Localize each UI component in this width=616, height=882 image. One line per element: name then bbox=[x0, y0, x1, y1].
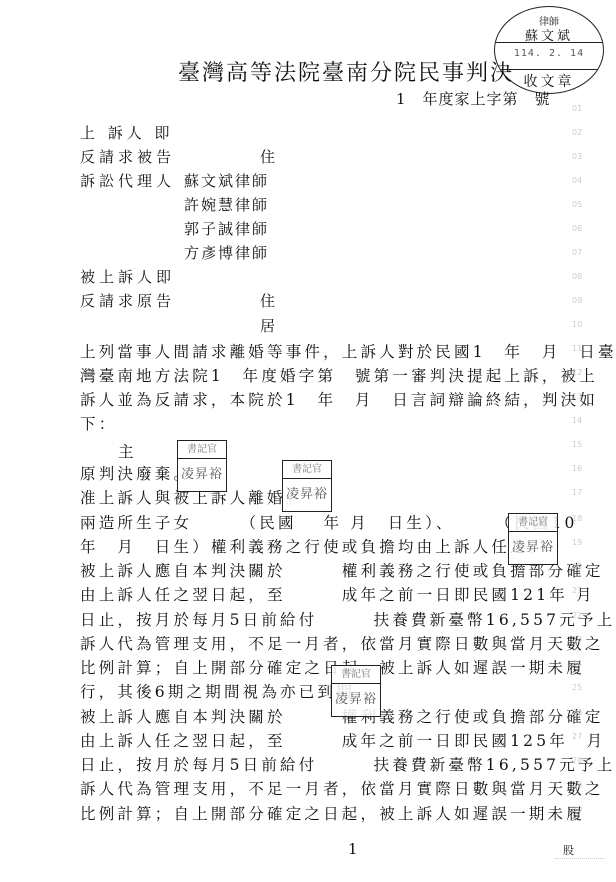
party-label: 被上訴人即 bbox=[80, 266, 175, 287]
intro-line: 下： bbox=[80, 412, 117, 434]
margin-number: 16 bbox=[572, 464, 582, 473]
clerk-seal: 書記官 凌昇裕 bbox=[177, 440, 227, 492]
seal-title: 書記官 bbox=[178, 441, 226, 459]
judgment-line: 日止，按月於每月5日前給付 扶養費新臺幣16,557元予上 bbox=[80, 753, 615, 775]
margin-number: 22 bbox=[572, 611, 582, 620]
margin-number: 24 bbox=[572, 659, 582, 668]
party-label: 上 訴人 即 bbox=[80, 122, 174, 143]
judgment-line: 訴人代為管理支用，不足一月者，依當月實際日數與當月天數之 bbox=[80, 632, 604, 654]
margin-number: 05 bbox=[572, 200, 582, 209]
margin-number: 29 bbox=[572, 780, 582, 789]
party-address: 住 bbox=[260, 146, 275, 167]
party-address: 住 bbox=[260, 290, 275, 311]
judgment-line: 原判決廢棄。 bbox=[80, 462, 192, 484]
intro-line: 訴人並為反請求，本院於1 年 月 日言詞辯論終結，判決如 bbox=[80, 388, 598, 410]
main-text-heading: 主 bbox=[118, 440, 137, 462]
footer-dotted-line bbox=[555, 858, 605, 861]
party-label: 反請求原告 bbox=[80, 290, 175, 311]
margin-number: 17 bbox=[572, 488, 582, 497]
party-name: 許婉慧律師 bbox=[184, 194, 269, 215]
judgment-line: 比例計算；自上開部分確定之日起，被上訴人如遲誤一期未履 bbox=[80, 802, 585, 824]
clerk-seal: 書記官 凌昇裕 bbox=[282, 460, 332, 512]
judgment-line: 日止，按月於每月5日前給付 扶養費新臺幣16,557元予上 bbox=[80, 608, 615, 630]
seal-name: 凌昇裕 bbox=[332, 684, 380, 715]
party-label: 訴訟代理人 bbox=[80, 170, 175, 191]
margin-number: 25 bbox=[572, 683, 582, 692]
seal-title: 書記官 bbox=[332, 666, 380, 684]
party-name: 蘇文斌律師 bbox=[184, 170, 269, 191]
margin-number: 19 bbox=[572, 538, 582, 547]
margin-number: 01 bbox=[572, 104, 582, 113]
margin-number: 14 bbox=[572, 416, 582, 425]
margin-number: 23 bbox=[572, 635, 582, 644]
margin-number: 02 bbox=[572, 128, 582, 137]
margin-number: 21 bbox=[572, 586, 582, 595]
intro-line: 上列當事人間請求離婚等事件，上訴人對於民國1 年 月 日臺 bbox=[80, 340, 616, 362]
margin-number: 07 bbox=[572, 248, 582, 257]
margin-number: 04 bbox=[572, 176, 582, 185]
margin-number: 15 bbox=[572, 440, 582, 449]
margin-number: 30 bbox=[572, 805, 582, 814]
party-name: 郭子誠律師 bbox=[184, 218, 269, 239]
margin-number: 27 bbox=[572, 732, 582, 741]
margin-number: 09 bbox=[572, 296, 582, 305]
party-name: 方彥博律師 bbox=[184, 242, 269, 263]
judgment-line: 由上訴人任之翌日起，至 成年之前一日即民國121年 月 bbox=[80, 583, 595, 605]
party-label: 反請求被告 bbox=[80, 146, 175, 167]
judgment-line: 訴人代為管理支用，不足一月者，依當月實際日數與當月天數之 bbox=[80, 777, 604, 799]
judgment-line: 年 月 日生）權利義務之行使或負擔均由上訴人任之。 bbox=[80, 535, 548, 557]
seal-name: 凌昇裕 bbox=[178, 459, 226, 490]
page-number: 1 bbox=[348, 840, 358, 858]
margin-number: 18 bbox=[572, 514, 582, 523]
clerk-seal: 書記官 凌昇裕 bbox=[508, 513, 558, 565]
seal-title: 書記官 bbox=[509, 514, 557, 532]
judgment-line: 行，其後6期之期間視為亦已到期。 bbox=[80, 680, 374, 702]
case-number: 1 年度家上字第 號 bbox=[396, 88, 551, 109]
margin-number: 20 bbox=[572, 562, 582, 571]
judgment-line: 由上訴人任之翌日起，至 成年之前一日即民國125年 月 bbox=[80, 729, 605, 751]
margin-number: 03 bbox=[572, 152, 582, 161]
margin-number: 10 bbox=[572, 320, 582, 329]
judgment-line: 兩造所生子女 （民國 年 月 日生）、 （民國10 bbox=[80, 511, 578, 533]
document-title: 臺灣高等法院臺南分院民事判決 bbox=[178, 56, 514, 87]
seal-name: 凌昇裕 bbox=[283, 479, 331, 510]
section-mark: 股 bbox=[563, 842, 574, 858]
intro-line: 灣臺南地方法院1 年度婚字第 號第一審判決提起上訴，被上 bbox=[80, 364, 598, 386]
margin-number: 28 bbox=[572, 756, 582, 765]
margin-number: 12 bbox=[572, 368, 582, 377]
margin-number: 06 bbox=[572, 224, 582, 233]
clerk-seal: 書記官 凌昇裕 bbox=[331, 665, 381, 717]
margin-number: 13 bbox=[572, 392, 582, 401]
margin-number: 08 bbox=[572, 272, 582, 281]
margin-number: 11 bbox=[572, 344, 582, 353]
seal-title: 書記官 bbox=[283, 461, 331, 479]
party-address: 居 bbox=[260, 315, 275, 336]
seal-name: 凌昇裕 bbox=[509, 532, 557, 563]
margin-number: 26 bbox=[572, 708, 582, 717]
